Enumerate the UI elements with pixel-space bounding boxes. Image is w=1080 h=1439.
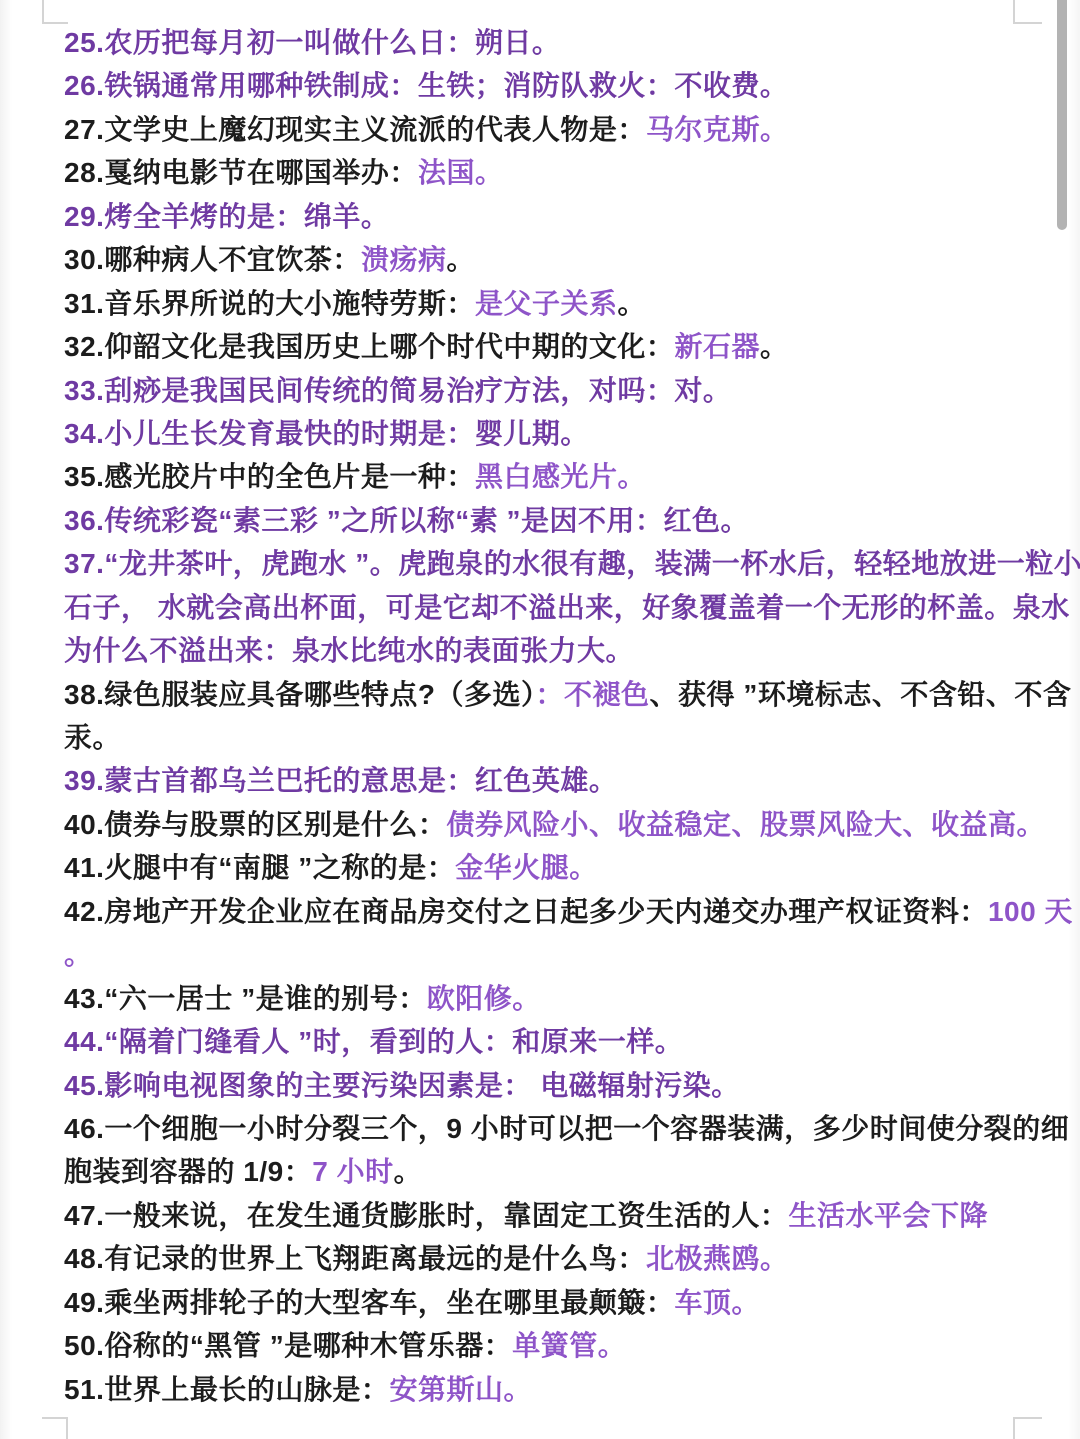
qa-segment: 48.有记录的世界上飞翔距离最远的是什么鸟： bbox=[64, 1243, 646, 1274]
qa-segment: 北极燕鸥。 bbox=[646, 1243, 789, 1274]
qa-line: 47.一般来说，在发生通货膨胀时，靠固定工资生活的人：生活水平会下降 bbox=[64, 1194, 1010, 1237]
qa-segment: 38.绿色服装应具备哪些特点?（多选） bbox=[64, 679, 536, 710]
qa-segment: 。 bbox=[394, 1156, 423, 1187]
table-corner-mark-bottom-right bbox=[1013, 1417, 1042, 1439]
qa-line: 43.“六一居士 ”是谁的别号：欧阳修。 bbox=[64, 977, 1010, 1020]
qa-segment: 25.农历把每月初一叫做什么日：朔日。 bbox=[64, 27, 560, 58]
qa-segment: 41.火腿中有“南腿 ”之称的是： bbox=[64, 852, 455, 883]
qa-line: 45.影响电视图象的主要污染因素是： 电磁辐射污染。 bbox=[64, 1064, 1010, 1107]
table-corner-mark-bottom-left bbox=[42, 1417, 68, 1439]
qa-segment: 欧阳修。 bbox=[427, 983, 541, 1014]
qa-segment: 30.哪种病人不宜饮茶： bbox=[64, 244, 361, 275]
qa-line: 41.火腿中有“南腿 ”之称的是：金华火腿。 bbox=[64, 846, 1010, 889]
qa-line: 石子， 水就会高出杯面，可是它却不溢出来，好象覆盖着一个无形的杯盖。泉水 bbox=[64, 586, 1010, 629]
qa-line: 38.绿色服装应具备哪些特点?（多选）：不褪色、获得 ”环境标志、不含铅、不含 bbox=[64, 673, 1010, 716]
qa-segment: 44.“隔着门缝看人 ”时，看到的人：和原来一样。 bbox=[64, 1026, 683, 1057]
qa-line: 36.传统彩瓷“素三彩 ”之所以称“素 ”是因不用：红色。 bbox=[64, 499, 1010, 542]
qa-line: 46.一个细胞一小时分裂三个，9 小时可以把一个容器装满，多少时间使分裂的细 bbox=[64, 1107, 1010, 1150]
qa-segment: 31.音乐界所说的大小施特劳斯： bbox=[64, 288, 475, 319]
qa-line: 51.世界上最长的山脉是：安第斯山。 bbox=[64, 1368, 1010, 1411]
qa-segment: 安第斯山。 bbox=[389, 1374, 532, 1405]
qa-segment: 43.“六一居士 ”是谁的别号： bbox=[64, 983, 427, 1014]
qa-segment: 黑白感光片。 bbox=[475, 461, 646, 492]
qa-segment: 胞装到容器的 1/9： bbox=[64, 1156, 312, 1187]
qa-segment: 100 天 bbox=[988, 896, 1073, 927]
document-page: 25.农历把每月初一叫做什么日：朔日。26.铁锅通常用哪种铁制成：生铁；消防队救… bbox=[0, 0, 1080, 1439]
qa-segment: 27.文学史上魔幻现实主义流派的代表人物是： bbox=[64, 114, 646, 145]
qa-line: 32.仰韶文化是我国历史上哪个时代中期的文化：新石器。 bbox=[64, 325, 1010, 368]
qa-line: 40.债券与股票的区别是什么：债券风险小、收益稳定、股票风险大、收益高。 bbox=[64, 803, 1010, 846]
qa-segment: 35.感光胶片中的全色片是一种： bbox=[64, 461, 475, 492]
qa-line: 48.有记录的世界上飞翔距离最远的是什么鸟：北极燕鸥。 bbox=[64, 1237, 1010, 1280]
qa-segment: 石子， 水就会高出杯面，可是它却不溢出来，好象覆盖着一个无形的杯盖。泉水 bbox=[64, 592, 1070, 623]
qa-segment: 26.铁锅通常用哪种铁制成：生铁；消防队救火：不收费。 bbox=[64, 70, 788, 101]
qa-line: 28.戛纳电影节在哪国举办：法国。 bbox=[64, 151, 1010, 194]
qa-segment: 29.烤全羊烤的是：绵羊。 bbox=[64, 201, 389, 232]
qa-segment: 33.刮痧是我国民间传统的简易治疗方法，对吗：对。 bbox=[64, 375, 731, 406]
qa-line: 26.铁锅通常用哪种铁制成：生铁；消防队救火：不收费。 bbox=[64, 64, 1010, 107]
qa-line: 汞。 bbox=[64, 716, 1010, 759]
qa-line: 胞装到容器的 1/9：7 小时。 bbox=[64, 1150, 1010, 1193]
qa-segment: 51.世界上最长的山脉是： bbox=[64, 1374, 389, 1405]
qa-line: 33.刮痧是我国民间传统的简易治疗方法，对吗：对。 bbox=[64, 369, 1010, 412]
qa-line: 27.文学史上魔幻现实主义流派的代表人物是：马尔克斯。 bbox=[64, 108, 1010, 151]
qa-line: 为什么不溢出来：泉水比纯水的表面张力大。 bbox=[64, 629, 1010, 672]
qa-segment: 、获得 ”环境标志、不含铅、不含 bbox=[650, 679, 1072, 710]
qa-line: 35.感光胶片中的全色片是一种：黑白感光片。 bbox=[64, 455, 1010, 498]
qa-segment: 金华火腿。 bbox=[455, 852, 598, 883]
qa-segment: 。 bbox=[446, 244, 475, 275]
qa-line: 30.哪种病人不宜饮茶：溃疡病。 bbox=[64, 238, 1010, 281]
qa-line: 44.“隔着门缝看人 ”时，看到的人：和原来一样。 bbox=[64, 1020, 1010, 1063]
qa-segment: 。 bbox=[760, 331, 789, 362]
qa-segment: 法国。 bbox=[418, 157, 504, 188]
qa-segment: 49.乘坐两排轮子的大型客车，坐在哪里最颠簸： bbox=[64, 1287, 674, 1318]
qa-line: 42.房地产开发企业应在商品房交付之日起多少天内递交办理产权证资料：100 天 bbox=[64, 890, 1010, 933]
qa-segment: 37.“龙井茶叶，虎跑水 ”。虎跑泉的水很有趣，装满一杯水后，轻轻地放进一粒小 bbox=[64, 548, 1080, 579]
qa-line: 29.烤全羊烤的是：绵羊。 bbox=[64, 195, 1010, 238]
qa-segment: 36.传统彩瓷“素三彩 ”之所以称“素 ”是因不用：红色。 bbox=[64, 505, 749, 536]
qa-list: 25.农历把每月初一叫做什么日：朔日。26.铁锅通常用哪种铁制成：生铁；消防队救… bbox=[64, 21, 1010, 1411]
qa-line: 49.乘坐两排轮子的大型客车，坐在哪里最颠簸：车顶。 bbox=[64, 1281, 1010, 1324]
qa-segment: 是父子关系 bbox=[475, 288, 618, 319]
qa-segment: 34.小儿生长发育最快的时期是：婴儿期。 bbox=[64, 418, 589, 449]
qa-segment: 车顶。 bbox=[674, 1287, 760, 1318]
qa-segment: 28.戛纳电影节在哪国举办： bbox=[64, 157, 418, 188]
qa-segment: 50.俗称的“黑管 ”是哪种木管乐器： bbox=[64, 1330, 512, 1361]
page-right-edge-shadow bbox=[1068, 0, 1080, 1439]
qa-segment: 马尔克斯。 bbox=[646, 114, 789, 145]
qa-line: 50.俗称的“黑管 ”是哪种木管乐器：单簧管。 bbox=[64, 1324, 1010, 1367]
qa-segment: 39.蒙古首都乌兰巴托的意思是：红色英雄。 bbox=[64, 765, 617, 796]
qa-segment: 32.仰韶文化是我国历史上哪个时代中期的文化： bbox=[64, 331, 674, 362]
table-corner-mark-top-right bbox=[1013, 0, 1042, 24]
qa-segment: 45.影响电视图象的主要污染因素是： 电磁辐射污染。 bbox=[64, 1070, 740, 1101]
qa-line: 37.“龙井茶叶，虎跑水 ”。虎跑泉的水很有趣，装满一杯水后，轻轻地放进一粒小 bbox=[64, 542, 1010, 585]
qa-segment: 7 小时 bbox=[312, 1156, 393, 1187]
qa-segment: 债券风险小、收益稳定、股票风险大、收益高。 bbox=[446, 809, 1045, 840]
qa-line: 。 bbox=[64, 933, 1010, 976]
qa-segment: 新石器 bbox=[674, 331, 760, 362]
qa-segment: 46.一个细胞一小时分裂三个，9 小时可以把一个容器装满，多少时间使分裂的细 bbox=[64, 1113, 1069, 1144]
qa-segment: 。 bbox=[617, 288, 646, 319]
qa-line: 31.音乐界所说的大小施特劳斯：是父子关系。 bbox=[64, 282, 1010, 325]
qa-line: 39.蒙古首都乌兰巴托的意思是：红色英雄。 bbox=[64, 759, 1010, 802]
qa-segment: 47.一般来说，在发生通货膨胀时，靠固定工资生活的人： bbox=[64, 1200, 788, 1231]
qa-segment: 40.债券与股票的区别是什么： bbox=[64, 809, 446, 840]
qa-segment: 生活水平会下降 bbox=[788, 1200, 988, 1231]
page-left-edge-shadow bbox=[0, 0, 12, 1439]
qa-segment: 为什么不溢出来：泉水比纯水的表面张力大。 bbox=[64, 635, 634, 666]
qa-segment: ：不褪色 bbox=[536, 679, 650, 710]
qa-segment: 。 bbox=[64, 939, 93, 970]
qa-segment: 单簧管。 bbox=[512, 1330, 626, 1361]
qa-segment: 溃疡病 bbox=[361, 244, 447, 275]
scrollbar-thumb[interactable] bbox=[1057, 0, 1067, 230]
qa-segment: 汞。 bbox=[64, 722, 121, 753]
qa-line: 34.小儿生长发育最快的时期是：婴儿期。 bbox=[64, 412, 1010, 455]
qa-line: 25.农历把每月初一叫做什么日：朔日。 bbox=[64, 21, 1010, 64]
qa-segment: 42.房地产开发企业应在商品房交付之日起多少天内递交办理产权证资料： bbox=[64, 896, 988, 927]
